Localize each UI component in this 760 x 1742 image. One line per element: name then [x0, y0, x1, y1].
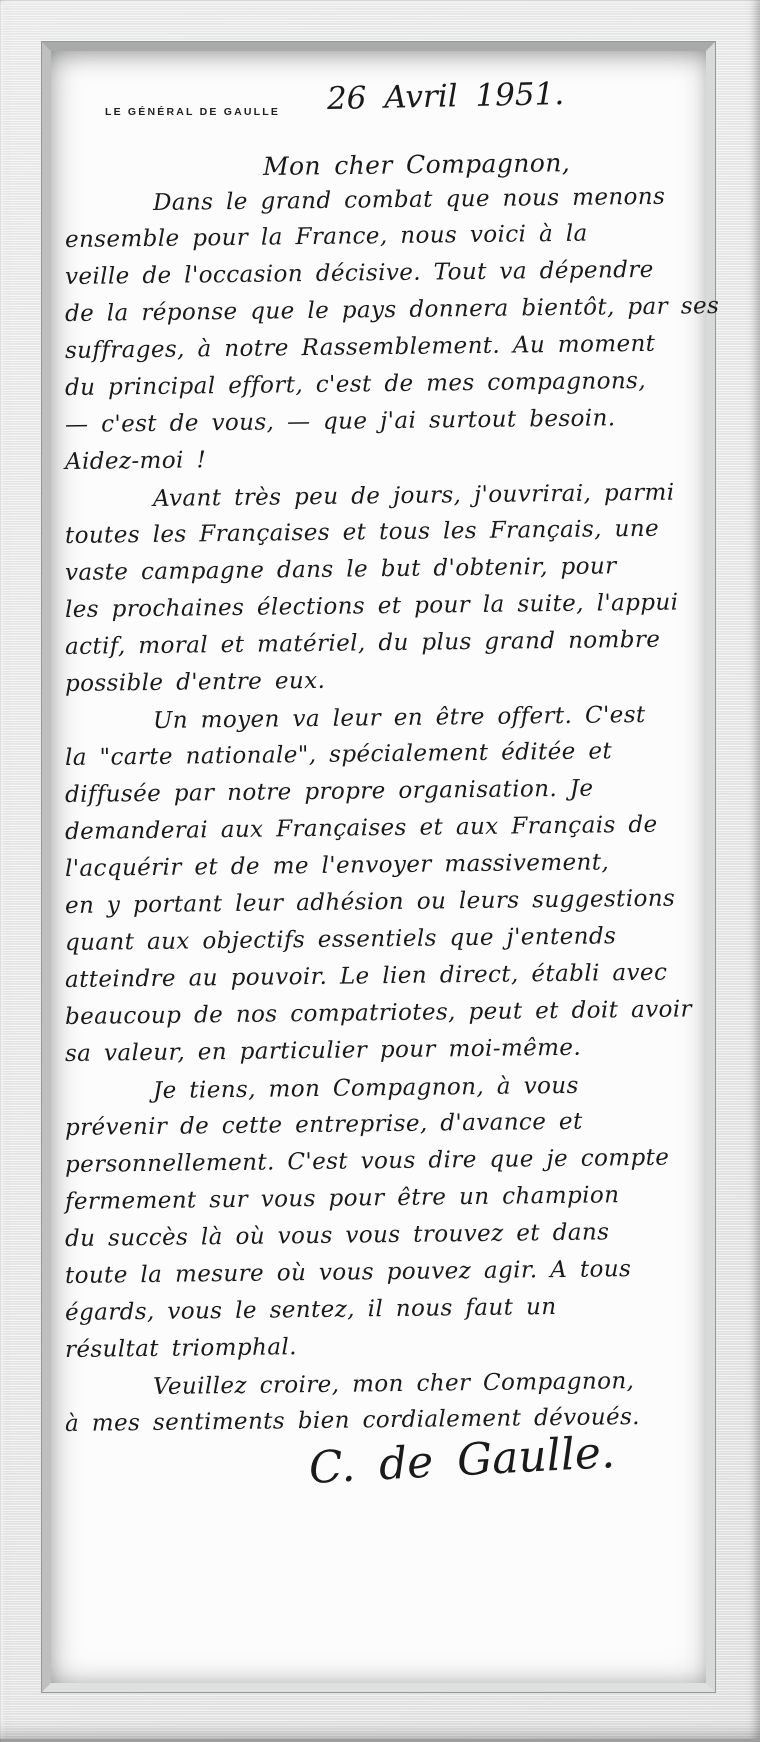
letter-body: Mon cher Compagnon, Dans le grand combat… — [65, 148, 700, 1443]
letter-line: sa valeur, en particulier pour moi-même. — [65, 1028, 700, 1073]
letter-line: résultat triomphal. — [65, 1324, 700, 1369]
letterhead: LE GÉNÉRAL DE GAULLE — [105, 106, 280, 118]
letter-paper: LE GÉNÉRAL DE GAULLE 26 Avril 1951. Mon … — [51, 51, 706, 1683]
letter-line: possible d'entre eux. — [65, 658, 700, 703]
letter-date: 26 Avril 1951. — [327, 76, 565, 117]
picture-frame: LE GÉNÉRAL DE GAULLE 26 Avril 1951. Mon … — [0, 0, 760, 1742]
frame-well: LE GÉNÉRAL DE GAULLE 26 Avril 1951. Mon … — [42, 42, 715, 1692]
letter-line: Aidez-moi ! — [65, 436, 700, 481]
